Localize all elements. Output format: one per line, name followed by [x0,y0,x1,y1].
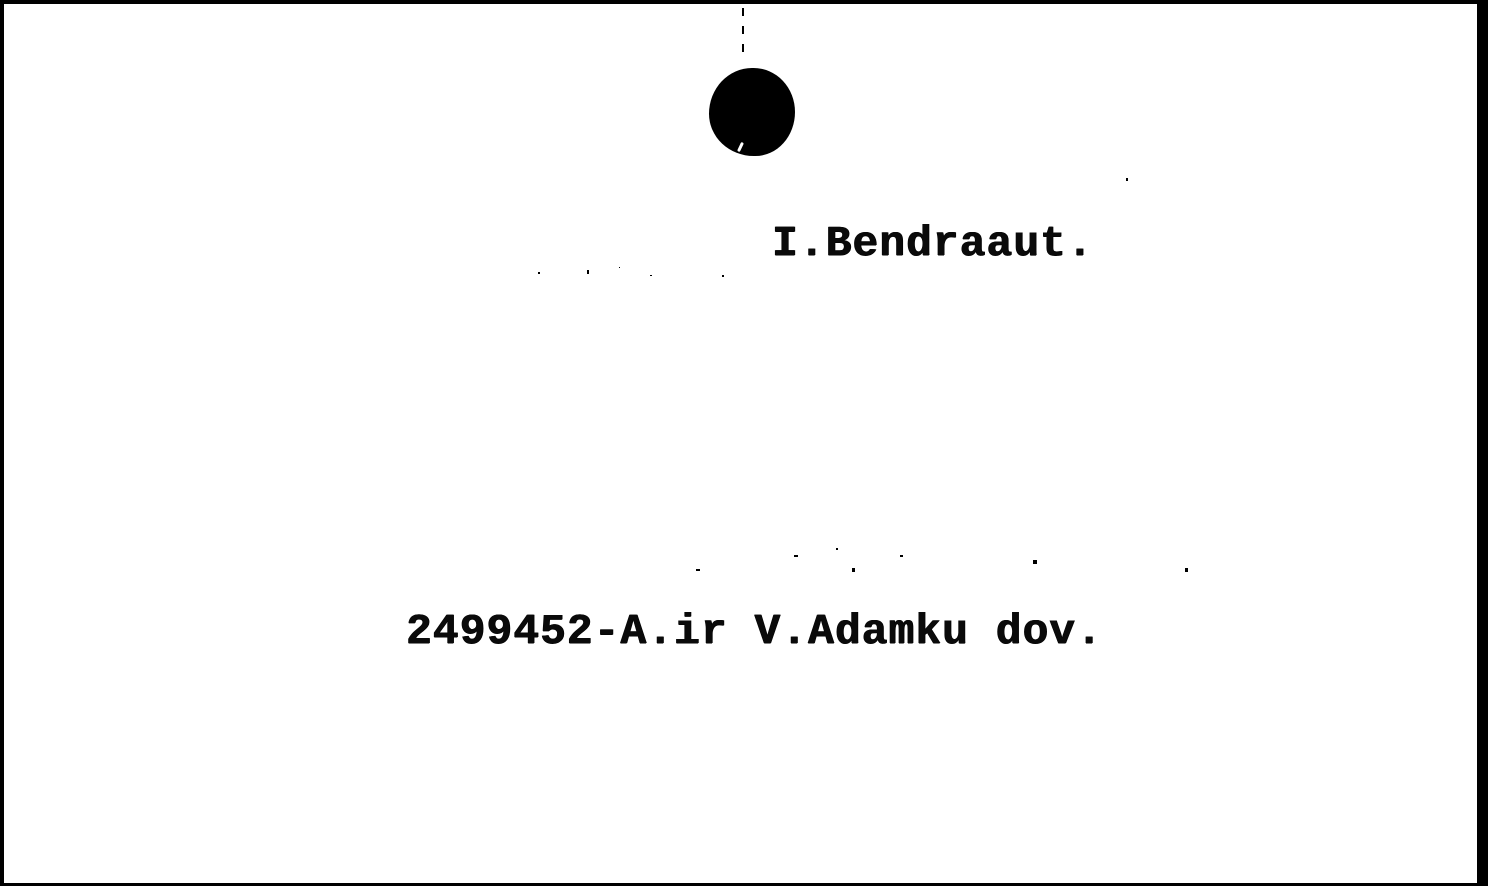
scan-speck [1033,560,1037,564]
index-card: I.Bendraaut. 2499452-A.ir V.Adamku dov. [4,4,1477,886]
scan-speck [1185,568,1188,572]
card-record-line: 2499452-A.ir V.Adamku dov. [406,604,1103,660]
card-name-line: I.Bendraaut. [772,216,1094,272]
scan-speck [836,548,838,550]
punch-hole-icon [709,68,795,156]
punch-guide-mark [742,8,744,60]
scan-speck [900,555,903,557]
scan-speck [1126,178,1128,181]
scan-speck [650,275,652,276]
card-right-edge [1478,0,1488,886]
scan-speck [722,275,724,277]
scan-speck [794,555,798,557]
punch-hole-glint [737,142,744,152]
scan-speck [587,270,589,274]
scan-speck [619,267,620,268]
scan-speck [538,272,540,274]
scan-speck [696,569,700,571]
scan-speck [852,568,855,572]
